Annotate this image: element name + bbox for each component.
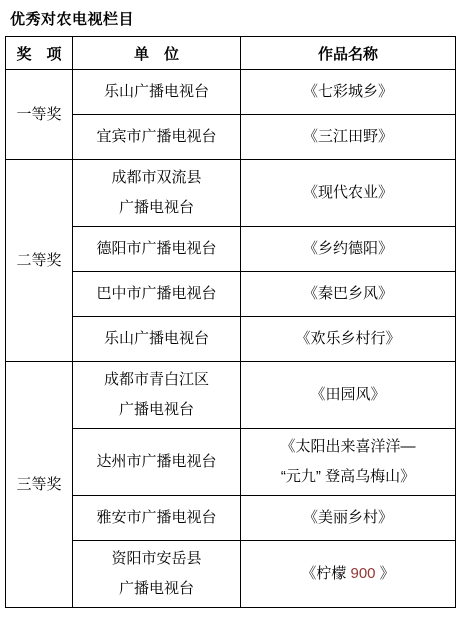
table-row: 巴中市广播电视台 《秦巴乡风》	[6, 272, 456, 317]
award-cell-second-prize: 二等奖	[6, 160, 73, 362]
unit-cell: 乐山广播电视台	[73, 70, 241, 115]
award-cell-third-prize: 三等奖	[6, 362, 73, 608]
work-text-number: 900	[350, 565, 375, 582]
work-cell: 《七彩城乡》	[241, 70, 456, 115]
table-row: 一等奖 乐山广播电视台 《七彩城乡》	[6, 70, 456, 115]
work-cell: 《田园风》	[241, 362, 456, 429]
header-unit: 单 位	[73, 37, 241, 70]
table-row: 德阳市广播电视台 《乡约德阳》	[6, 227, 456, 272]
unit-cell: 达州市广播电视台	[73, 429, 241, 496]
work-text-suffix: 》	[376, 565, 395, 582]
unit-cell: 德阳市广播电视台	[73, 227, 241, 272]
table-row: 三等奖 成都市青白江区 广播电视台 《田园风》	[6, 362, 456, 429]
table-row: 乐山广播电视台 《欢乐乡村行》	[6, 317, 456, 362]
unit-cell: 巴中市广播电视台	[73, 272, 241, 317]
work-text-prefix: 《柠檬	[301, 565, 350, 582]
work-cell: 《太阳出来喜洋洋— “元九” 登高乌梅山》	[241, 429, 456, 496]
header-award: 奖 项	[6, 37, 73, 70]
table-row: 宜宾市广播电视台 《三江田野》	[6, 115, 456, 160]
unit-cell: 成都市青白江区 广播电视台	[73, 362, 241, 429]
unit-cell: 资阳市安岳县 广播电视台	[73, 541, 241, 608]
work-cell: 《三江田野》	[241, 115, 456, 160]
work-cell: 《现代农业》	[241, 160, 456, 227]
unit-cell: 雅安市广播电视台	[73, 496, 241, 541]
award-cell-first-prize: 一等奖	[6, 70, 73, 160]
table-row: 二等奖 成都市双流县 广播电视台 《现代农业》	[6, 160, 456, 227]
table-row: 雅安市广播电视台 《美丽乡村》	[6, 496, 456, 541]
unit-cell: 宜宾市广播电视台	[73, 115, 241, 160]
page-title: 优秀对农电视栏目	[10, 8, 465, 29]
unit-cell: 成都市双流县 广播电视台	[73, 160, 241, 227]
work-cell: 《秦巴乡风》	[241, 272, 456, 317]
table-row: 达州市广播电视台 《太阳出来喜洋洋— “元九” 登高乌梅山》	[6, 429, 456, 496]
table-header-row: 奖 项 单 位 作品名称	[6, 37, 456, 70]
awards-table: 奖 项 单 位 作品名称 一等奖 乐山广播电视台 《七彩城乡》 宜宾市广播电视台…	[5, 36, 456, 608]
table-row: 资阳市安岳县 广播电视台 《柠檬 900 》	[6, 541, 456, 608]
work-cell: 《乡约德阳》	[241, 227, 456, 272]
unit-cell: 乐山广播电视台	[73, 317, 241, 362]
work-cell: 《柠檬 900 》	[241, 541, 456, 608]
work-cell: 《美丽乡村》	[241, 496, 456, 541]
header-work: 作品名称	[241, 37, 456, 70]
document-page: 优秀对农电视栏目 奖 项 单 位 作品名称 一等奖 乐山广播电视台 《七彩城乡》…	[0, 0, 465, 628]
work-cell: 《欢乐乡村行》	[241, 317, 456, 362]
